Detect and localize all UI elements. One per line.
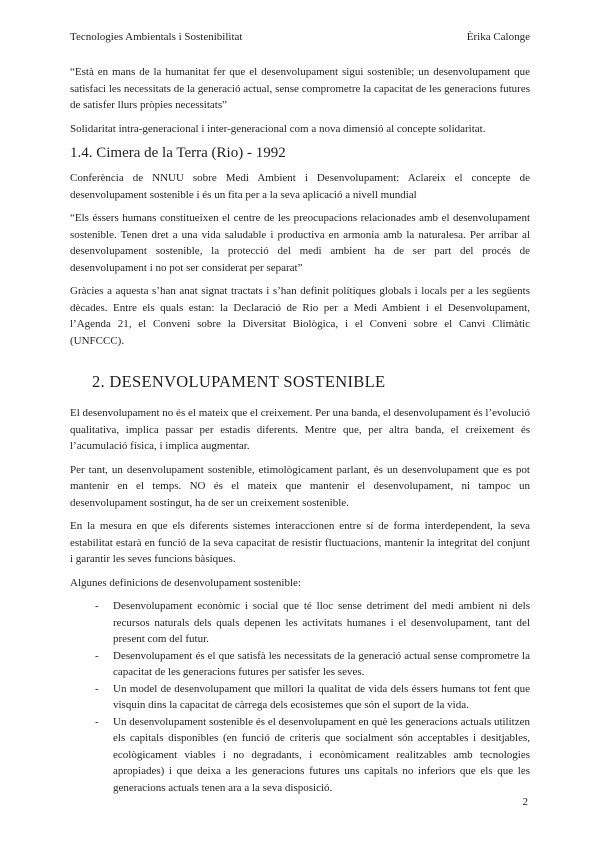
section2-paragraph: El desenvolupament no és el mateix que e… bbox=[70, 405, 530, 455]
section-1-4-title: 1.4. Cimera de la Terra (Rio) - 1992 bbox=[70, 144, 530, 163]
bullet-dash: - bbox=[95, 648, 113, 681]
header-course-title: Tecnologies Ambientals i Sostenibilitat bbox=[70, 30, 242, 44]
page-number: 2 bbox=[523, 796, 529, 808]
definition-item: - Desenvolupament econòmic i social que … bbox=[95, 598, 530, 648]
section2-definitions-intro: Algunes definicions de desenvolupament s… bbox=[70, 575, 530, 592]
definition-item: - Desenvolupament és el que satisfà les … bbox=[95, 648, 530, 681]
definition-item: - Un model de desenvolupament que millor… bbox=[95, 681, 530, 714]
bullet-dash: - bbox=[95, 598, 113, 648]
header-author: Èrika Calonge bbox=[467, 30, 530, 44]
definition-text: Un model de desenvolupament que millori … bbox=[113, 681, 530, 714]
definition-text: Desenvolupament és el que satisfà les ne… bbox=[113, 648, 530, 681]
intro-quote: “Està en mans de la humanitat fer que el… bbox=[70, 64, 530, 114]
section1-paragraph: “Els éssers humans constitueixen el cent… bbox=[70, 210, 530, 276]
definition-item: - Un desenvolupament sostenible és el de… bbox=[95, 714, 530, 797]
intro-solidarity: Solidaritat intra-generacional i inter-g… bbox=[70, 121, 530, 138]
bullet-dash: - bbox=[95, 681, 113, 714]
section2-paragraph: En la mesura en que els diferents sistem… bbox=[70, 518, 530, 568]
definitions-list: - Desenvolupament econòmic i social que … bbox=[70, 598, 530, 796]
definition-text: Un desenvolupament sostenible és el dese… bbox=[113, 714, 530, 797]
definition-text: Desenvolupament econòmic i social que té… bbox=[113, 598, 530, 648]
document-body: “Està en mans de la humanitat fer que el… bbox=[70, 64, 530, 796]
section2-paragraph: Per tant, un desenvolupament sostenible,… bbox=[70, 462, 530, 512]
document-page: Tecnologies Ambientals i Sostenibilitat … bbox=[0, 0, 600, 848]
bullet-dash: - bbox=[95, 714, 113, 797]
section1-paragraph: Conferència de NNUU sobre Medi Ambient i… bbox=[70, 170, 530, 203]
page-header: Tecnologies Ambientals i Sostenibilitat … bbox=[70, 30, 530, 44]
section-2-title: 2. DESENVOLUPAMENT SOSTENIBLE bbox=[70, 371, 530, 392]
section1-paragraph: Gràcies a aquesta s’han anat signat trac… bbox=[70, 283, 530, 349]
